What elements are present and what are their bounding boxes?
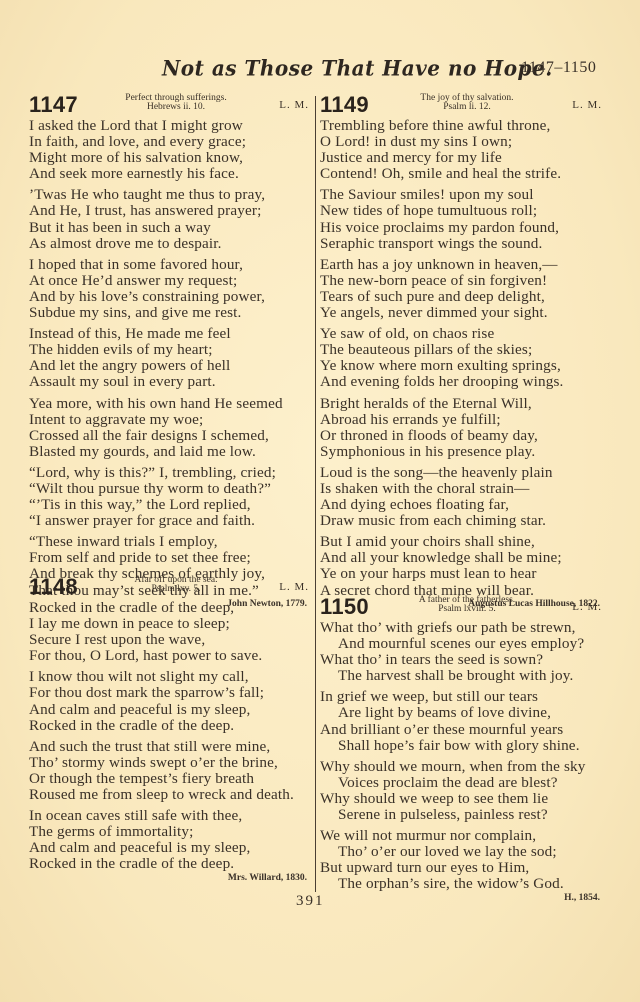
verse-line: “I answer prayer for grace and faith. — [29, 513, 313, 529]
hymn-subject: Afar off upon the sea. Psalm lxv. 5. — [101, 576, 251, 594]
verse-line: Yea more, with his own hand He seemed — [29, 396, 313, 412]
verse-line: And such the trust that still were mine, — [29, 739, 313, 755]
verse-line: For thou, O Lord, hast power to save. — [29, 648, 313, 664]
hymn-author: Mrs. Willard, 1830. — [29, 873, 313, 883]
hymn-header: 1149 The joy of thy salvation. Psalm li.… — [320, 94, 606, 118]
verse-line: And let the angry powers of hell — [29, 358, 313, 374]
verse-line: Voices proclaim the dead are blest? — [320, 775, 606, 791]
verse-line: Is shaken with the choral strain— — [320, 481, 606, 497]
hymn-meter: L. M. — [279, 99, 309, 111]
verse-line: Ye saw of old, on chaos rise — [320, 326, 606, 342]
verse-line: Instead of this, He made me feel — [29, 326, 313, 342]
right-column: 1149 The joy of thy salvation. Psalm li.… — [320, 94, 606, 903]
stanza: I hoped that in some favored hour, At on… — [29, 257, 313, 321]
verse-line: Blasted my gourds, and laid me low. — [29, 444, 313, 460]
hymn-1150: 1150 A father of the fatherless. Psalm l… — [320, 596, 606, 903]
verse-line: Are light by beams of love divine, — [320, 705, 606, 721]
verse-line: And seek more earnestly his face. — [29, 166, 313, 182]
verse-line: Intent to aggravate my woe; — [29, 412, 313, 428]
stanza: And such the trust that still were mine,… — [29, 739, 313, 803]
verse-line: The germs of immortality; — [29, 824, 313, 840]
verse-line: For thou dost mark the sparrow’s fall; — [29, 685, 313, 701]
verse-line: Rocked in the cradle of the deep. — [29, 718, 313, 734]
verse-line: Ye angels, never dimmed your sight. — [320, 305, 606, 321]
verse-line: In faith, and love, and every grace; — [29, 134, 313, 150]
stanza: The Saviour smiles! upon my soul New tid… — [320, 187, 606, 251]
verse-line: The beauteous pillars of the skies; — [320, 342, 606, 358]
verse-line: And He, I trust, has answered prayer; — [29, 203, 313, 219]
stanza: Yea more, with his own hand He seemed In… — [29, 396, 313, 460]
verse-line: Loud is the song—the heavenly plain — [320, 465, 606, 481]
stanza: I asked the Lord that I might grow In fa… — [29, 118, 313, 182]
page-header: Not as Those That Have no Hope. 1147–115… — [0, 56, 640, 88]
scripture-reference: Psalm lxv. 5. — [101, 585, 251, 594]
verse-line: Earth has a joy unknown in heaven,— — [320, 257, 606, 273]
hymn-header: 1148 Afar off upon the sea. Psalm lxv. 5… — [29, 576, 313, 600]
verse-line: Might more of his salvation know, — [29, 150, 313, 166]
verse-line: O Lord! in dust my sins I own; — [320, 134, 606, 150]
stanza: In ocean caves still safe with thee, The… — [29, 808, 313, 872]
verse-line: “Lord, why is this?” I, trembling, cried… — [29, 465, 313, 481]
page-number: 391 — [296, 893, 325, 910]
verse-line: Subdue my sins, and give me rest. — [29, 305, 313, 321]
stanza: Rocked in the cradle of the deep, I lay … — [29, 600, 313, 664]
verse-line: Contend! Oh, smile and heal the strife. — [320, 166, 606, 182]
verse-line: In grief we weep, but still our tears — [320, 689, 606, 705]
verse-line: Rocked in the cradle of the deep. — [29, 856, 313, 872]
verse-line: I hoped that in some favored hour, — [29, 257, 313, 273]
verse-line: And brilliant o’er these mournful years — [320, 722, 606, 738]
hymn-meter: L. M. — [572, 99, 602, 111]
verse-line: Bright heralds of the Eternal Will, — [320, 396, 606, 412]
verse-line: But I amid your choirs shall shine, — [320, 534, 606, 550]
verse-line: And calm and peaceful is my sleep, — [29, 840, 313, 856]
stanza: Why should we mourn, when from the sky V… — [320, 759, 606, 823]
verse-line: As almost drove me to despair. — [29, 236, 313, 252]
stanza: Trembling before thine awful throne, O L… — [320, 118, 606, 182]
verse-line: Tho’ o’er our loved we lay the sod; — [320, 844, 606, 860]
verse-line: The hidden evils of my heart; — [29, 342, 313, 358]
verse-line: And evening folds her drooping wings. — [320, 374, 606, 390]
verse-line: At once He’d answer my request; — [29, 273, 313, 289]
verse-line: The new-born peace of sin forgiven! — [320, 273, 606, 289]
stanza: Bright heralds of the Eternal Will, Abro… — [320, 396, 606, 460]
verse-line: New tides of hope tumultuous roll; — [320, 203, 606, 219]
verse-line: Or though the tempest’s fiery breath — [29, 771, 313, 787]
verse-line: “Wilt thou pursue thy worm to death?” — [29, 481, 313, 497]
hymn-header: 1150 A father of the fatherless. Psalm l… — [320, 596, 606, 620]
verse-line: The Saviour smiles! upon my soul — [320, 187, 606, 203]
verse-line: I know thou wilt not slight my call, — [29, 669, 313, 685]
stanza: “Lord, why is this?” I, trembling, cried… — [29, 465, 313, 529]
verse-line: And by his love’s constraining power, — [29, 289, 313, 305]
verse-line: Crossed all the fair designs I schemed, — [29, 428, 313, 444]
verse-line: ’Twas He who taught me thus to pray, — [29, 187, 313, 203]
verse-line: Assault my soul in every part. — [29, 374, 313, 390]
stanza: Instead of this, He made me feel The hid… — [29, 326, 313, 390]
verse-line: And mournful scenes our eyes employ? — [320, 636, 606, 652]
verse-line: Tears of such pure and deep delight, — [320, 289, 606, 305]
verse-line: Justice and mercy for my life — [320, 150, 606, 166]
verse-line: Rocked in the cradle of the deep, — [29, 600, 313, 616]
hymn-subject: A father of the fatherless. Psalm lxviii… — [392, 596, 542, 614]
verse-line: I asked the Lord that I might grow — [29, 118, 313, 134]
hymn-number: 1147 — [29, 92, 78, 118]
column-divider — [315, 96, 316, 892]
verse-line: Tho’ stormy winds swept o’er the brine, — [29, 755, 313, 771]
verse-line: Ye know where morn exulting springs, — [320, 358, 606, 374]
verse-line: The harvest shall be brought with joy. — [320, 668, 606, 684]
hymn-range: 1147–1150 — [521, 59, 596, 77]
verse-line: Symphonious in his presence play. — [320, 444, 606, 460]
verse-line: What tho’ with griefs our path be strewn… — [320, 620, 606, 636]
hymn-number: 1149 — [320, 92, 369, 118]
stanza: ’Twas He who taught me thus to pray, And… — [29, 187, 313, 251]
verse-line: And calm and peaceful is my sleep, — [29, 702, 313, 718]
hymn-meter: L. M. — [279, 581, 309, 593]
verse-line: Draw music from each chiming star. — [320, 513, 606, 529]
stanza: Earth has a joy unknown in heaven,— The … — [320, 257, 606, 321]
hymn-subject: Perfect through sufferings. Hebrews ii. … — [101, 94, 251, 112]
verse-line: Why should we weep to see them lie — [320, 791, 606, 807]
verse-line: Shall hope’s fair bow with glory shine. — [320, 738, 606, 754]
verse-line: Abroad his errands ye fulfill; — [320, 412, 606, 428]
stanza: Ye saw of old, on chaos rise The beauteo… — [320, 326, 606, 390]
verse-line: Roused me from sleep to wreck and death. — [29, 787, 313, 803]
stanza: We will not murmur nor complain, Tho’ o’… — [320, 828, 606, 892]
verse-line: Ye on your harps must lean to hear — [320, 566, 606, 582]
page-title: Not as Those That Have no Hope. — [162, 55, 553, 80]
verse-line: I lay me down in peace to sleep; — [29, 616, 313, 632]
verse-line: And dying echoes floating far, — [320, 497, 606, 513]
hymn-subject: The joy of thy salvation. Psalm li. 12. — [392, 94, 542, 112]
verse-line: Trembling before thine awful throne, — [320, 118, 606, 134]
hymn-1149: 1149 The joy of thy salvation. Psalm li.… — [320, 94, 606, 596]
verse-line: “’Tis in this way,” the Lord replied, — [29, 497, 313, 513]
verse-line: From self and pride to set thee free; — [29, 550, 313, 566]
verse-line: Serene in pulseless, painless rest? — [320, 807, 606, 823]
scripture-reference: Psalm lxviii. 5. — [392, 605, 542, 614]
verse-line: We will not murmur nor complain, — [320, 828, 606, 844]
hymn-1147: 1147 Perfect through sufferings. Hebrews… — [29, 94, 313, 576]
stanza: In grief we weep, but still our tears Ar… — [320, 689, 606, 753]
stanza: Loud is the song—the heavenly plain Is s… — [320, 465, 606, 529]
scripture-reference: Hebrews ii. 10. — [101, 103, 251, 112]
hymn-meter: L. M. — [572, 601, 602, 613]
left-column: 1147 Perfect through sufferings. Hebrews… — [29, 94, 313, 883]
stanza: What tho’ with griefs our path be strewn… — [320, 620, 606, 684]
verse-line: But it has been in such a way — [29, 220, 313, 236]
hymn-author: H., 1854. — [320, 893, 606, 903]
scripture-reference: Psalm li. 12. — [392, 103, 542, 112]
verse-line: The orphan’s sire, the widow’s God. — [320, 876, 606, 892]
hymn-1148: 1148 Afar off upon the sea. Psalm lxv. 5… — [29, 576, 313, 883]
verse-line: Or throned in floods of beamy day, — [320, 428, 606, 444]
stanza: But I amid your choirs shall shine, And … — [320, 534, 606, 598]
hymn-number: 1150 — [320, 594, 369, 620]
verse-line: But upward turn our eyes to Him, — [320, 860, 606, 876]
verse-line: His voice proclaims my pardon found, — [320, 220, 606, 236]
verse-line: “These inward trials I employ, — [29, 534, 313, 550]
stanza: I know thou wilt not slight my call, For… — [29, 669, 313, 733]
verse-line: Why should we mourn, when from the sky — [320, 759, 606, 775]
verse-line: What tho’ in tears the seed is sown? — [320, 652, 606, 668]
verse-line: And all your knowledge shall be mine; — [320, 550, 606, 566]
hymn-number: 1148 — [29, 574, 78, 600]
verse-line: In ocean caves still safe with thee, — [29, 808, 313, 824]
verse-line: Seraphic transport wings the sound. — [320, 236, 606, 252]
hymn-header: 1147 Perfect through sufferings. Hebrews… — [29, 94, 313, 118]
verse-line: Secure I rest upon the wave, — [29, 632, 313, 648]
